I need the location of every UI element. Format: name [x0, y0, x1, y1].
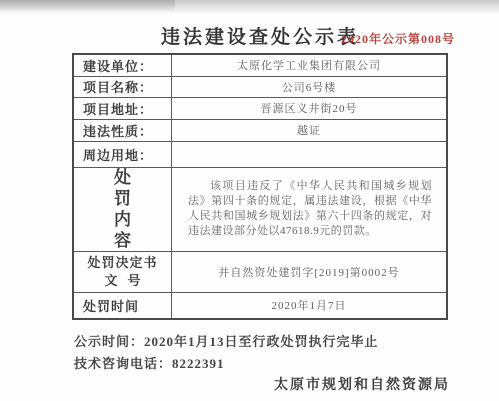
row-label-penalty-content: 处罚内容	[74, 168, 172, 251]
row-value: 晋源区义井街20号	[172, 98, 446, 119]
row-label: 项目名称：	[74, 77, 172, 98]
notice-form-table: 建设单位： 太原化学工业集团有限公司 项目名称： 公司6号楼 项目地址： 晋源区…	[72, 53, 448, 320]
row-label-decision-doc: 处罚决定书 文号	[74, 252, 172, 292]
table-row-violation-nature: 违法性质： 越证	[74, 120, 446, 143]
decision-label-line1: 处罚决定书	[87, 254, 157, 272]
table-row-construction-unit: 建设单位： 太原化学工业集团有限公司	[74, 55, 446, 77]
consult-phone-line: 技术咨询电话：8222391	[74, 353, 225, 372]
table-row-penalty-time: 处罚时间 2020年1月7日	[74, 293, 446, 318]
row-label: 建设单位：	[74, 55, 172, 76]
penalty-content-vertical-label: 处罚内容	[112, 167, 133, 252]
penalty-content-cell: 该项目违反了《中华人民共和国城乡规划法》第四十条的规定，属违法建设，根据《中华人…	[172, 168, 446, 251]
table-row-decision-doc-number: 处罚决定书 文号 并自然资处建罚字[2019]第0002号	[74, 252, 446, 293]
row-label: 处罚时间	[74, 293, 172, 318]
issuing-agency: 太原市规划和自然资源局	[274, 374, 450, 394]
row-label: 项目地址：	[74, 98, 172, 119]
row-value: 公司6号楼	[172, 77, 446, 98]
table-row-project-address: 项目地址： 晋源区义井街20号	[74, 98, 446, 120]
penalty-time-value: 2020年1月7日	[172, 293, 446, 318]
decision-label-line2: 文号	[94, 272, 150, 290]
table-row-penalty-content: 处罚内容 该项目违反了《中华人民共和国城乡规划法》第四十条的规定，属违法建设，根…	[74, 168, 446, 252]
penalty-content-text: 该项目违反了《中华人民共和国城乡规划法》第四十条的规定，属违法建设，根据《中华人…	[172, 179, 446, 239]
row-value: 太原化学工业集团有限公司	[172, 55, 446, 76]
publicity-time-line: 公示时间：2020年1月13日至行政处罚执行完毕止	[74, 331, 379, 350]
row-value	[172, 142, 446, 166]
row-value: 越证	[172, 120, 446, 142]
table-row-surrounding-land: 周边用地：	[74, 142, 446, 167]
decision-doc-number-value: 并自然资处建罚字[2019]第0002号	[172, 252, 446, 292]
row-label: 违法性质：	[74, 120, 172, 142]
table-row-project-name: 项目名称： 公司6号楼	[74, 77, 446, 99]
scanned-document-page: 违法建设查处公示表 2020年公示第008号 建设单位： 太原化学工业集团有限公…	[0, 0, 499, 401]
scan-edge-artifact-left	[0, 0, 175, 12]
row-label: 周边用地：	[74, 142, 172, 166]
doc-number-badge: 2020年公示第008号	[341, 30, 455, 47]
